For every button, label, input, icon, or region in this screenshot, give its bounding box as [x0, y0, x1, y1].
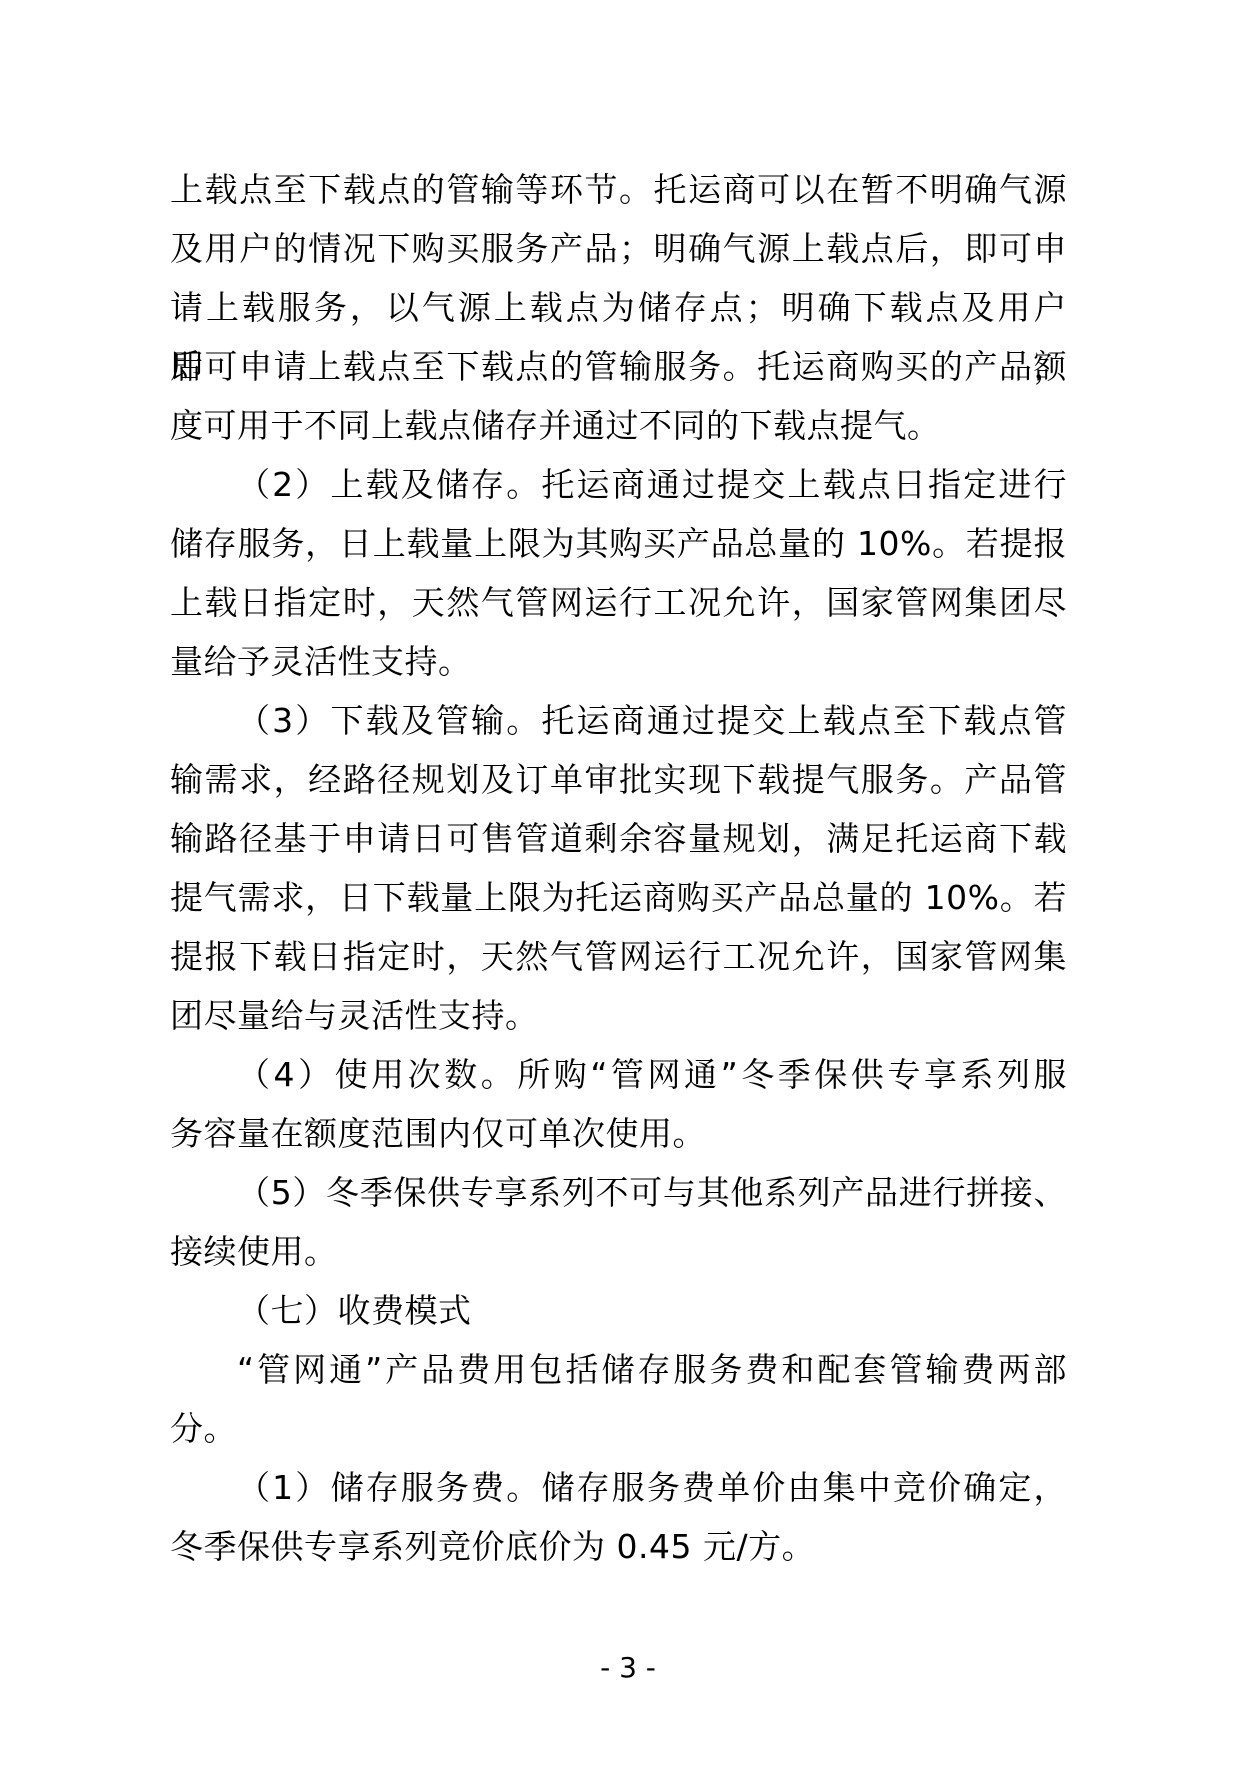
page-number: - 3 - [0, 1648, 1256, 1688]
text-line: （5）冬季保供专享系列不可与其他系列产品进行拼接、 [170, 1163, 1067, 1222]
document-page: 上载点至下载点的管输等环节。托运商可以在暂不明确气源及用户的情况下购买服务产品；… [0, 0, 1256, 1777]
document-body: 上载点至下载点的管输等环节。托运商可以在暂不明确气源及用户的情况下购买服务产品；… [170, 160, 1067, 1576]
text-line: （七）收费模式 [170, 1281, 1067, 1340]
text-line: 冬季保供专享系列竞价底价为 0.45 元/方。 [170, 1517, 1067, 1576]
text-line: 上载日指定时，天然气管网运行工况允许，国家管网集团尽 [170, 573, 1067, 632]
text-line: 及用户的情况下购买服务产品；明确气源上载点后，即可申 [170, 219, 1067, 278]
text-line: （4）使用次数。所购“管网通”冬季保供专享系列服 [170, 1045, 1067, 1104]
text-line: 输路径基于申请日可售管道剩余容量规划，满足托运商下载 [170, 809, 1067, 868]
text-line: （3）下载及管输。托运商通过提交上载点至下载点管 [170, 691, 1067, 750]
text-line: “管网通”产品费用包括储存服务费和配套管输费两部 [170, 1340, 1067, 1399]
text-line: 上载点至下载点的管输等环节。托运商可以在暂不明确气源 [170, 160, 1067, 219]
text-line: （1）储存服务费。储存服务费单价由集中竞价确定， [170, 1458, 1067, 1517]
text-line: 输需求，经路径规划及订单审批实现下载提气服务。产品管 [170, 750, 1067, 809]
text-line: 储存服务，日上载量上限为其购买产品总量的 10%。若提报 [170, 514, 1067, 573]
text-line: 团尽量给与灵活性支持。 [170, 986, 1067, 1045]
text-line: 提报下载日指定时，天然气管网运行工况允许，国家管网集 [170, 927, 1067, 986]
text-line: 提气需求，日下载量上限为托运商购买产品总量的 10%。若 [170, 868, 1067, 927]
text-line: 分。 [170, 1399, 1067, 1458]
text-line: 请上载服务，以气源上载点为储存点；明确下载点及用户后， [170, 278, 1067, 337]
text-line: 接续使用。 [170, 1222, 1067, 1281]
text-line: （2）上载及储存。托运商通过提交上载点日指定进行 [170, 455, 1067, 514]
text-line: 即可申请上载点至下载点的管输服务。托运商购买的产品额 [170, 337, 1067, 396]
text-line: 度可用于不同上载点储存并通过不同的下载点提气。 [170, 396, 1067, 455]
text-line: 务容量在额度范围内仅可单次使用。 [170, 1104, 1067, 1163]
text-line: 量给予灵活性支持。 [170, 632, 1067, 691]
